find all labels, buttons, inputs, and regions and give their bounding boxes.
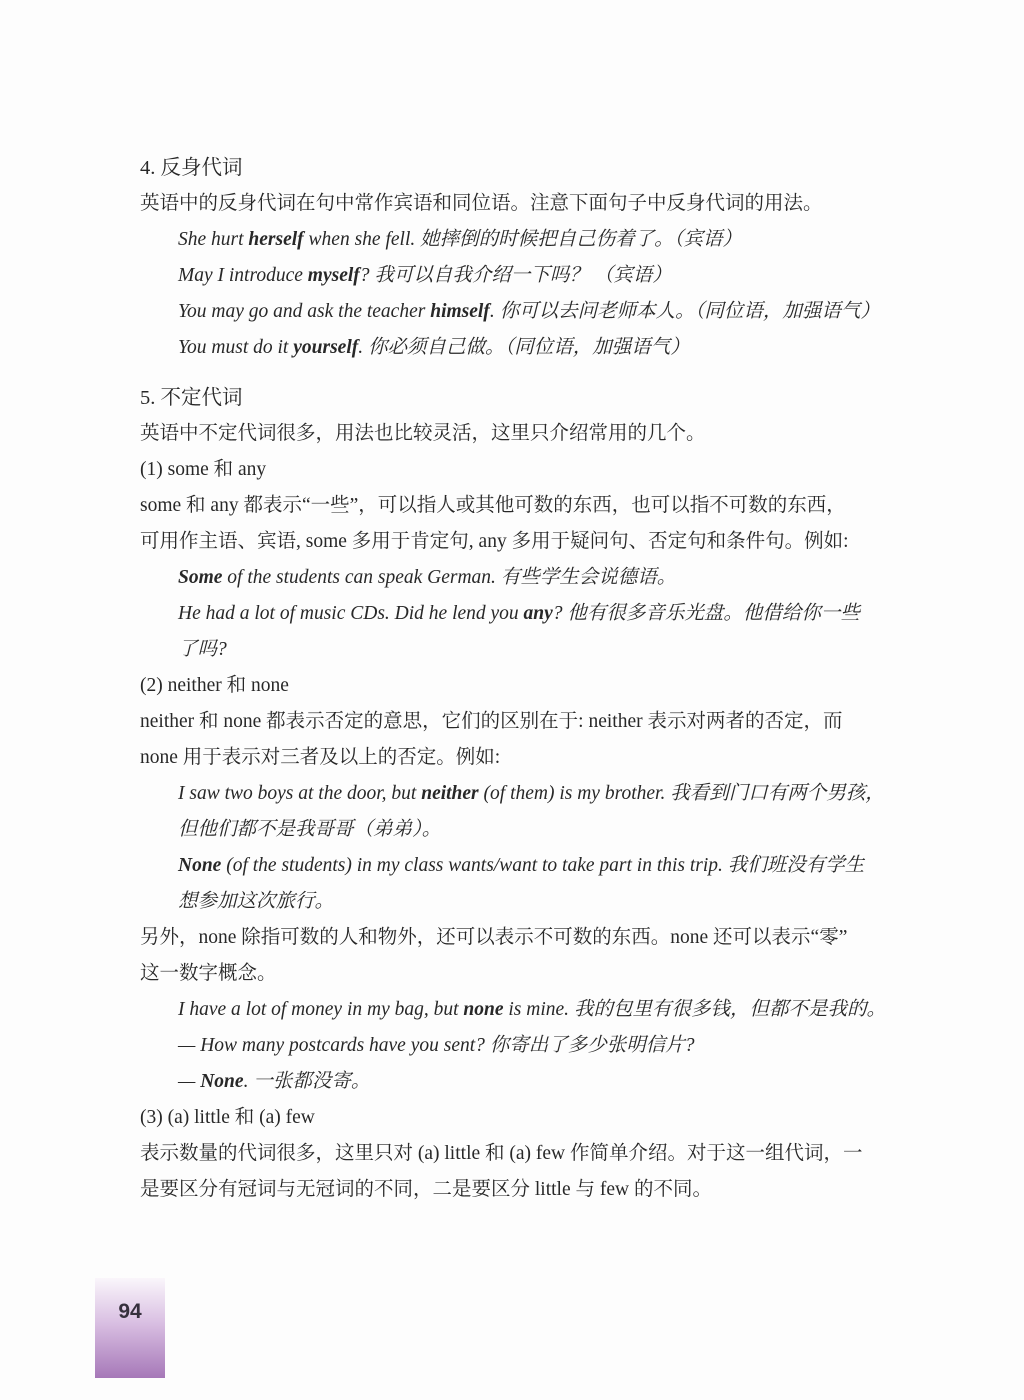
text-line: 想参加这次旅行。 xyxy=(140,884,940,920)
chinese-body-text: 英语中不定代词很多，用法也比较灵活，这里只介绍常用的几个。 xyxy=(140,423,706,444)
page-number: 94 xyxy=(95,1300,165,1324)
english-example-text: ? xyxy=(360,265,375,286)
chinese-translation-text: 你寄出了多少张明信片? xyxy=(490,1035,695,1056)
chinese-translation-text: 我可以自我介绍一下吗？ （宾语） xyxy=(374,265,671,286)
english-example-text: I have a lot of money in my bag, but xyxy=(178,999,463,1020)
text-line: You may go and ask the teacher himself. … xyxy=(140,294,940,330)
chinese-translation-text: 了吗? xyxy=(178,639,227,660)
english-example-text: is mine. xyxy=(504,999,574,1020)
chinese-body-text: 5. 不定代词 xyxy=(140,387,243,409)
section-heading: 5. 不定代词 xyxy=(140,380,940,416)
text-line: none 用于表示对三者及以上的否定。例如: xyxy=(140,740,940,776)
textbook-page: 4. 反身代词英语中的反身代词在句中常作宾语和同位语。注意下面句子中反身代词的用… xyxy=(0,0,1024,1400)
english-example-text: . xyxy=(358,337,368,358)
chinese-body-text: 表示数量的代词很多，这里只对 (a) little 和 (a) few 作简单介… xyxy=(140,1143,863,1164)
text-line: May I introduce myself? 我可以自我介绍一下吗？ （宾语） xyxy=(140,258,940,294)
document-content: 4. 反身代词英语中的反身代词在句中常作宾语和同位语。注意下面句子中反身代词的用… xyxy=(140,150,940,1208)
chinese-translation-text: 但他们都不是我哥哥（弟弟）。 xyxy=(178,819,441,840)
text-line: 但他们都不是我哥哥（弟弟）。 xyxy=(140,812,940,848)
english-example-text: She hurt xyxy=(178,229,248,250)
text-line: I saw two boys at the door, but neither … xyxy=(140,776,940,812)
text-line: (2) neither 和 none xyxy=(140,668,940,704)
english-example-text: You may go and ask the teacher xyxy=(178,301,430,322)
text-line: 了吗? xyxy=(140,632,940,668)
text-line: 英语中的反身代词在句中常作宾语和同位语。注意下面句子中反身代词的用法。 xyxy=(140,186,940,222)
text-line: 是要区分有冠词与无冠词的不同，二是要区分 little 与 few 的不同。 xyxy=(140,1172,940,1208)
chinese-body-text: (1) some 和 any xyxy=(140,459,266,480)
english-keyword-bold: himself xyxy=(430,301,490,322)
section-heading: 4. 反身代词 xyxy=(140,150,940,186)
english-keyword-bold: yourself xyxy=(293,337,358,358)
english-keyword-bold: neither xyxy=(421,783,478,804)
chinese-body-text: none 用于表示对三者及以上的否定。例如: xyxy=(140,747,500,768)
text-line: He had a lot of music CDs. Did he lend y… xyxy=(140,596,940,632)
text-line: some 和 any 都表示“一些”，可以指人或其他可数的东西，也可以指不可数的… xyxy=(140,488,940,524)
chinese-body-text: some 和 any 都表示“一些”，可以指人或其他可数的东西，也可以指不可数的… xyxy=(140,495,846,516)
text-line: 这一数字概念。 xyxy=(140,956,940,992)
chinese-translation-text: 我的包里有很多钱，但都不是我的。 xyxy=(574,999,886,1020)
english-example-text: May I introduce xyxy=(178,265,308,286)
chinese-body-text: 是要区分有冠词与无冠词的不同，二是要区分 little 与 few 的不同。 xyxy=(140,1179,712,1200)
chinese-body-text: 英语中的反身代词在句中常作宾语和同位语。注意下面句子中反身代词的用法。 xyxy=(140,193,823,214)
chinese-translation-text: 我们班没有学生 xyxy=(728,855,865,876)
text-line: 可用作主语、宾语, some 多用于肯定句, any 多用于疑问句、否定句和条件… xyxy=(140,524,940,560)
text-line: neither 和 none 都表示否定的意思，它们的区别在于: neither… xyxy=(140,704,940,740)
text-line: None (of the students) in my class wants… xyxy=(140,848,940,884)
chinese-body-text: (3) (a) little 和 (a) few xyxy=(140,1107,315,1128)
english-example-text: He had a lot of music CDs. Did he lend y… xyxy=(178,603,524,624)
english-keyword-bold: any xyxy=(524,603,553,624)
chinese-translation-text: 有些学生会说德语。 xyxy=(501,567,677,588)
text-line: 英语中不定代词很多，用法也比较灵活，这里只介绍常用的几个。 xyxy=(140,416,940,452)
chinese-translation-text: 一张都没寄。 xyxy=(253,1071,370,1092)
english-keyword-bold: myself xyxy=(308,265,360,286)
text-line: (1) some 和 any xyxy=(140,452,940,488)
english-example-text: . xyxy=(244,1071,254,1092)
chinese-translation-text: 她摔倒的时候把自己伤着了。（宾语） xyxy=(420,229,742,250)
text-line: (3) (a) little 和 (a) few xyxy=(140,1100,940,1136)
english-example-text: . xyxy=(490,301,500,322)
text-line: — None. 一张都没寄。 xyxy=(140,1064,940,1100)
chinese-translation-text: 你必须自己做。（同位语，加强语气） xyxy=(368,337,690,358)
text-line: You must do it yourself. 你必须自己做。（同位语，加强语… xyxy=(140,330,940,366)
english-keyword-bold: None xyxy=(178,855,221,876)
english-example-text: — How many postcards have you sent? xyxy=(178,1035,490,1056)
chinese-translation-text: 他有很多音乐光盘。他借给你一些 xyxy=(567,603,860,624)
page-number-block: 94 xyxy=(95,1278,165,1378)
english-example-text: of the students can speak German. xyxy=(222,567,500,588)
english-keyword-bold: herself xyxy=(248,229,303,250)
english-keyword-bold: Some xyxy=(178,567,222,588)
english-example-text: (of them) is my brother. xyxy=(479,783,671,804)
english-example-text: You must do it xyxy=(178,337,293,358)
chinese-body-text: 另外，none 除指可数的人和物外，还可以表示不可数的东西。none 还可以表示… xyxy=(140,927,847,948)
text-line: 另外，none 除指可数的人和物外，还可以表示不可数的东西。none 还可以表示… xyxy=(140,920,940,956)
english-example-text: when she fell. xyxy=(304,229,420,250)
chinese-body-text: 可用作主语、宾语, some 多用于肯定句, any 多用于疑问句、否定句和条件… xyxy=(140,531,849,552)
text-line: I have a lot of money in my bag, but non… xyxy=(140,992,940,1028)
english-example-text: — xyxy=(178,1071,200,1092)
english-example-text: (of the students) in my class wants/want… xyxy=(221,855,727,876)
chinese-body-text: 4. 反身代词 xyxy=(140,157,243,179)
english-example-text: ? xyxy=(553,603,568,624)
english-keyword-bold: none xyxy=(463,999,503,1020)
english-keyword-bold: None xyxy=(200,1071,243,1092)
chinese-body-text: neither 和 none 都表示否定的意思，它们的区别在于: neither… xyxy=(140,711,842,732)
text-line: — How many postcards have you sent? 你寄出了… xyxy=(140,1028,940,1064)
text-line: 表示数量的代词很多，这里只对 (a) little 和 (a) few 作简单介… xyxy=(140,1136,940,1172)
chinese-translation-text: 我看到门口有两个男孩， xyxy=(670,783,885,804)
text-line: Some of the students can speak German. 有… xyxy=(140,560,940,596)
english-example-text: I saw two boys at the door, but xyxy=(178,783,421,804)
chinese-body-text: (2) neither 和 none xyxy=(140,675,289,696)
chinese-translation-text: 想参加这次旅行。 xyxy=(178,891,334,912)
text-line: She hurt herself when she fell. 她摔倒的时候把自… xyxy=(140,222,940,258)
chinese-translation-text: 你可以去问老师本人。（同位语，加强语气） xyxy=(500,301,880,322)
chinese-body-text: 这一数字概念。 xyxy=(140,963,277,984)
